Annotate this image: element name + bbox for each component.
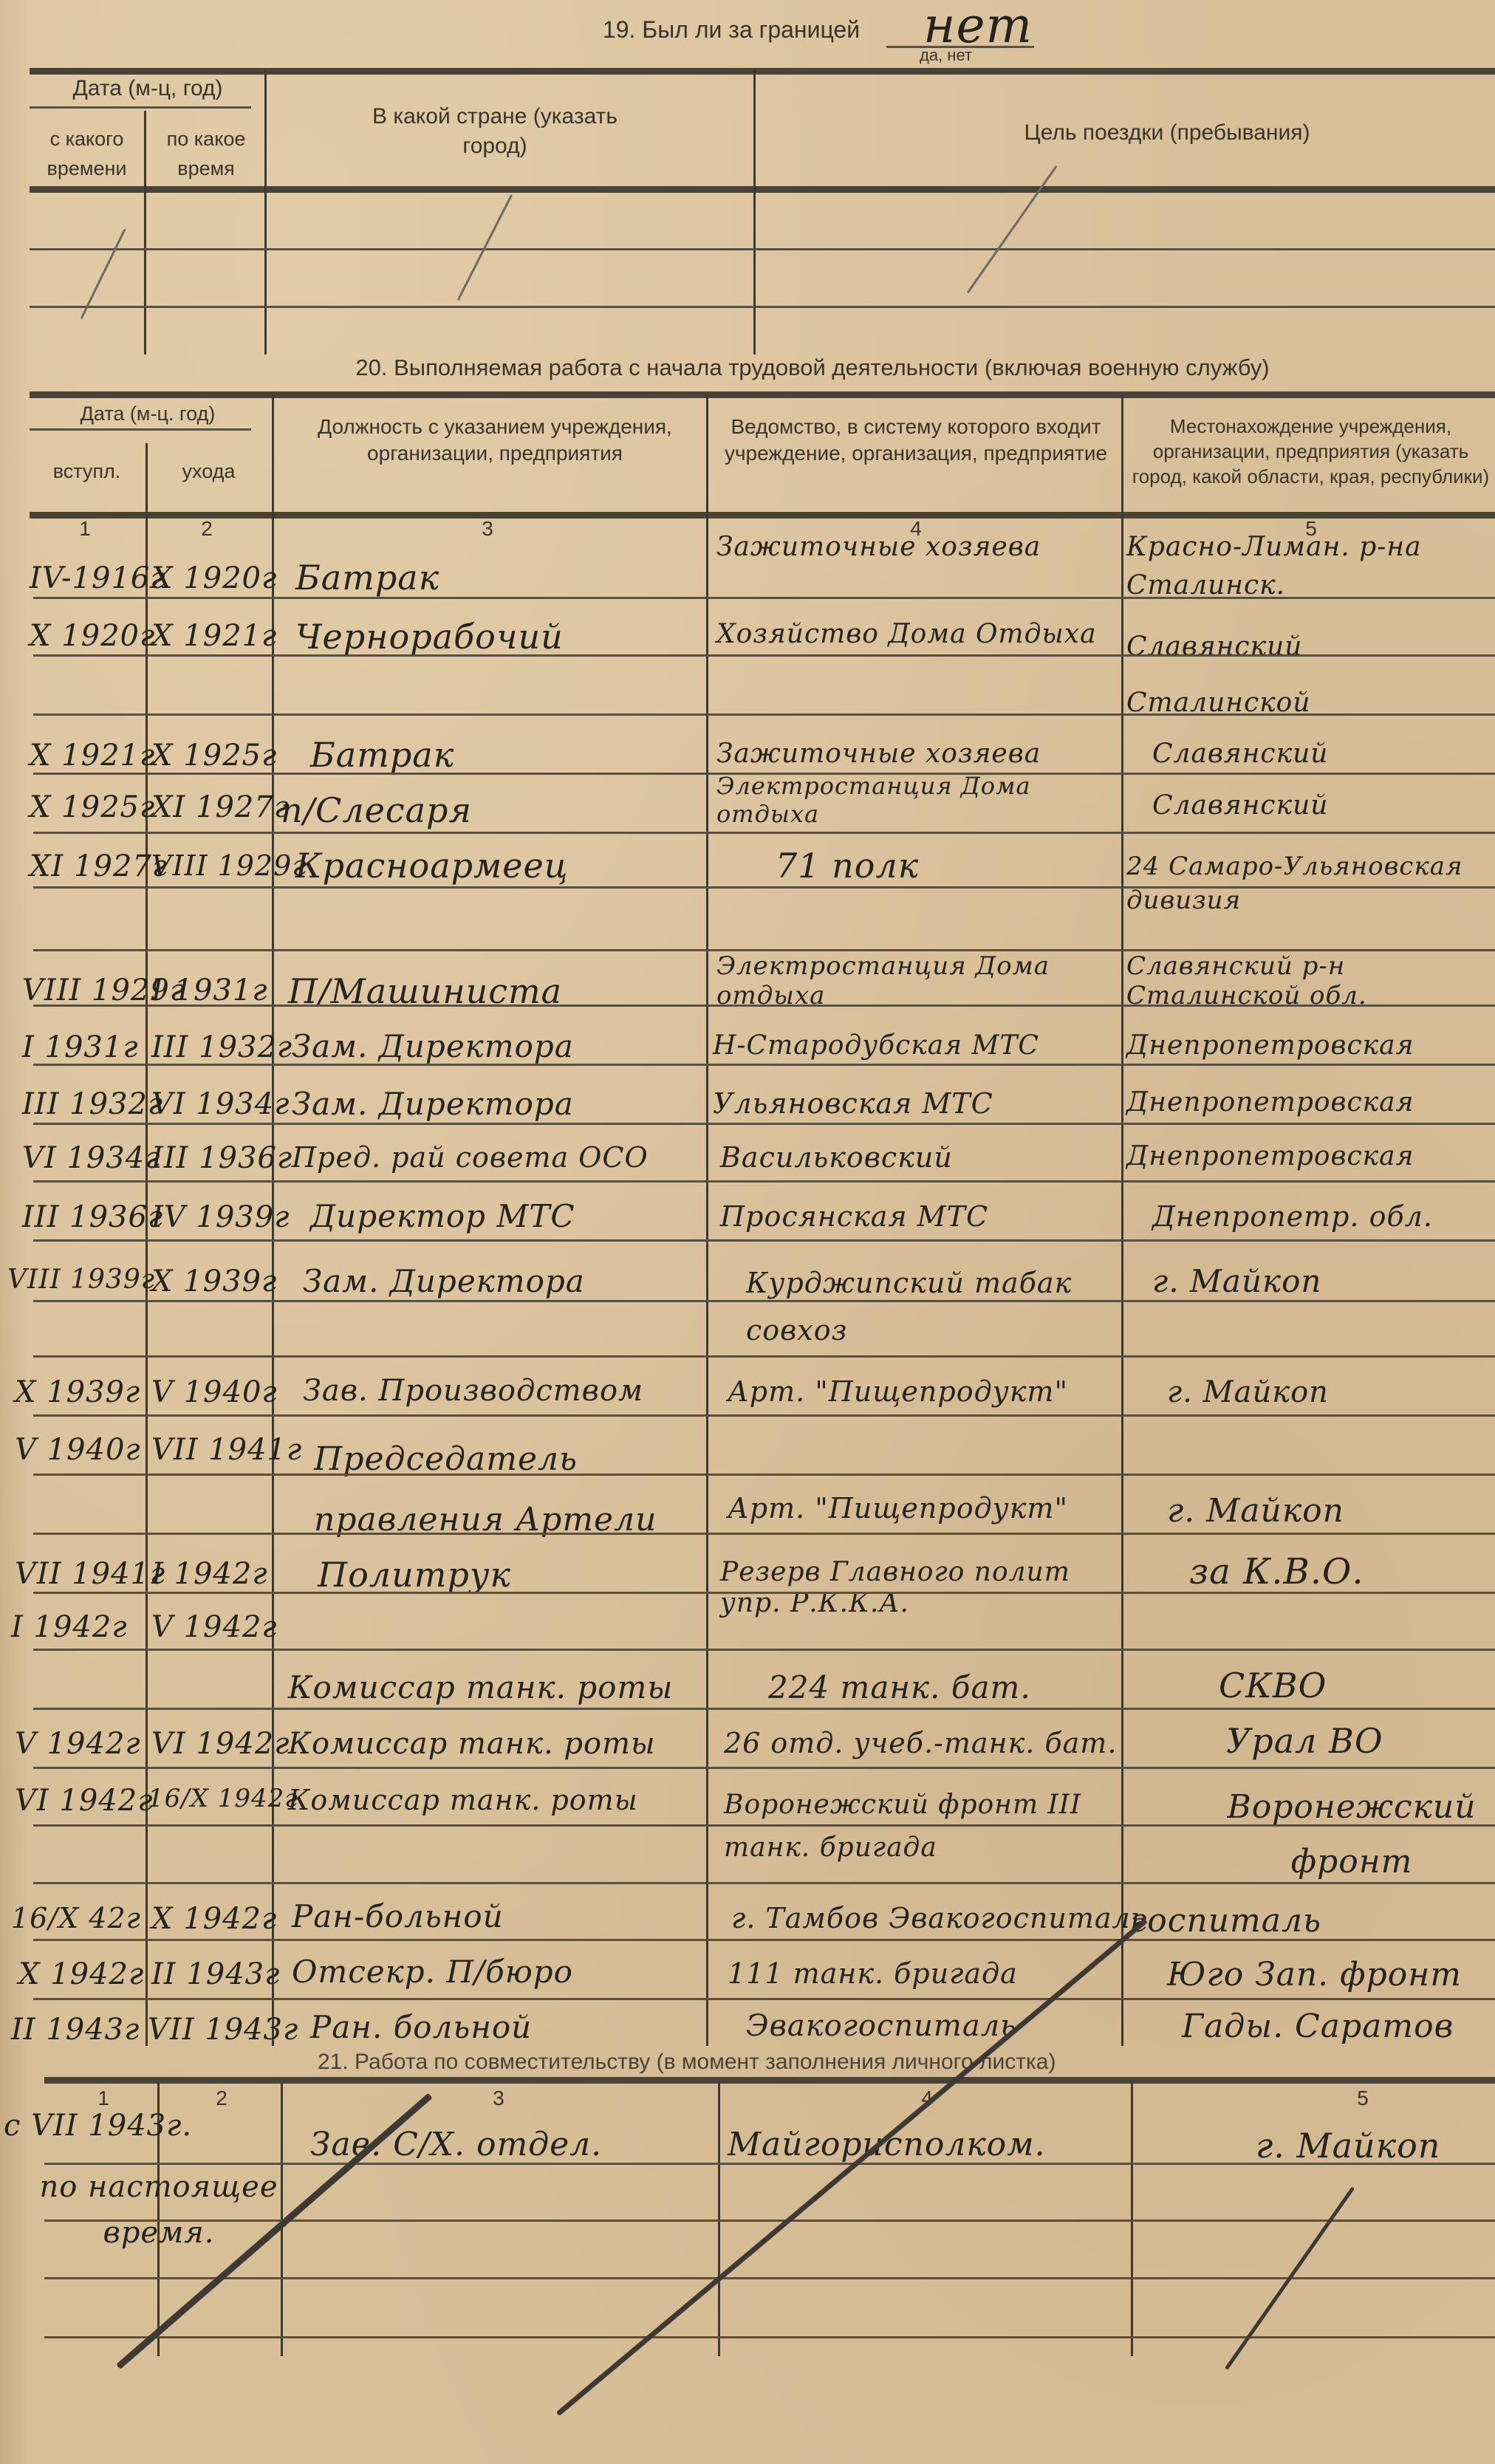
table19-divider	[264, 70, 267, 355]
row-start-date: II 1943г	[11, 2013, 140, 2047]
row-start-date: 16/X 42г	[11, 1902, 141, 1934]
section-19-label: 19. Был ли за границей	[603, 16, 860, 43]
row-department: 224 танк. бат.	[768, 1669, 1031, 1705]
row-position: п/Слесаря	[281, 790, 472, 830]
row-position: Зам. Директора	[292, 1028, 574, 1064]
t19-date-header: Дата (м-ц, год)	[30, 74, 266, 103]
table19-divider	[144, 111, 146, 355]
row-department: г. Тамбов Эвакогоспиталь	[731, 1902, 1146, 1934]
row-start-date: V 1942г	[15, 1727, 141, 1761]
table21-top-rule	[44, 2077, 1495, 2084]
row-start-date: X 1925г	[30, 790, 155, 824]
row-end-date: IV 1939г	[151, 1200, 290, 1234]
t20-location-header: Местонахождение учреждения, организации,…	[1126, 414, 1495, 502]
row-start-date: VIII 1939г	[7, 1264, 155, 1295]
row-location: Красно-Лиман. р-на Сталинск.	[1126, 528, 1495, 605]
row-location: г. Майкоп	[1167, 1492, 1344, 1530]
t21-location: г. Майкоп	[1256, 2126, 1440, 2166]
t20-department-header: Ведомство, в систему которого входит учр…	[713, 414, 1119, 467]
row-end-date: III 1932г	[151, 1030, 292, 1064]
row-department: Зажиточные хозяева	[716, 528, 1115, 567]
row-position: Комиссар танк. роты	[288, 1669, 674, 1705]
section-21-title: 21. Работа по совместительству (в момент…	[318, 2050, 1352, 2075]
row-position: Батрак	[310, 735, 454, 775]
row-position: Ран-больной	[292, 1898, 504, 1934]
row-position: Комиссар танк. роты	[288, 1727, 656, 1761]
row-start-date: X 1939г	[15, 1375, 140, 1409]
row-end-date: X 1939г	[151, 1264, 277, 1298]
t21-start-date: с VII 1943г.	[4, 2109, 192, 2143]
row-end-date: III 1936г	[151, 1141, 292, 1175]
row-position: Зам. Директора	[303, 1263, 585, 1299]
strike-out-mark	[556, 1918, 1148, 2416]
row-position: Политрук	[318, 1555, 511, 1595]
row-location: Урал ВО	[1226, 1721, 1383, 1761]
row-position: Ран. больной	[310, 2009, 532, 2045]
t20-end-header: ухода	[148, 456, 270, 486]
row-end-date: VIII 1929г	[151, 849, 307, 882]
row-department: Просянская МТС	[720, 1200, 988, 1233]
row-location: Днепропетр. обл.	[1152, 1200, 1433, 1233]
row-location: Гады. Саратов	[1182, 2008, 1454, 2045]
row-end-date: X 1942г	[151, 1902, 277, 1936]
row-end-date: II 1943г	[151, 1957, 280, 1991]
column-number: 1	[92, 2087, 114, 2110]
row-department: 26 отд. учеб.-танк. бат.	[724, 1727, 1117, 1759]
row-position: Зам. Директора	[292, 1086, 574, 1122]
row-position: Чернорабочий	[295, 617, 564, 657]
column-number: 3	[476, 517, 499, 541]
row-department: 111 танк. бригада	[728, 1957, 1018, 1990]
t20-date-header: Дата (м-ц. год)	[30, 399, 266, 428]
column-number: 1	[74, 517, 96, 541]
row-end-date: X 1921г	[151, 619, 277, 653]
row-department: Арт. "Пищепродукт"	[728, 1492, 1068, 1524]
row-location: г. Майкоп	[1167, 1375, 1329, 1409]
row-position: Красноармеец	[295, 846, 569, 886]
row-position: Пред. рай совета ОСО	[292, 1141, 649, 1174]
row-position: Зав. Производством	[303, 1374, 643, 1408]
t19-country-header: В какой стране (указать город)	[362, 102, 628, 161]
row-position: Комиссар танк. роты	[288, 1784, 638, 1816]
row-department: 71 полк	[776, 846, 919, 886]
row-department: Ульяновская МТС	[713, 1087, 993, 1120]
row-location: СКВО	[1219, 1666, 1327, 1705]
t21-department: Майгорисполком.	[728, 2126, 1046, 2163]
row-start-date: X 1920г	[30, 619, 155, 653]
row-position: Директор МТС	[310, 1198, 575, 1234]
row-end-date: VI 1934г	[151, 1087, 290, 1121]
row-location: Днепропетровская	[1126, 1141, 1414, 1171]
row-department: Н-Стародубская МТС	[713, 1030, 1039, 1061]
row-end-date: 16/X 1942г	[148, 1784, 298, 1813]
row-start-date: X 1942г	[18, 1957, 144, 1991]
column-number: 2	[196, 517, 218, 541]
row-location: Воронежский фронт	[1211, 1780, 1492, 1889]
row-start-date: X 1921г	[30, 739, 155, 773]
row-start-date: I 1942г	[11, 1610, 128, 1644]
row-end-date: VII 1943г	[148, 2013, 298, 2047]
row-start-date: VI 1934г	[22, 1141, 160, 1175]
row-end-date: X 1920г	[151, 561, 277, 595]
row-end-date: VI 1942г	[151, 1727, 290, 1761]
row-start-date: XI 1927г	[30, 849, 168, 883]
row-start-date: I 1931г	[22, 1030, 139, 1064]
row-end-date: I 1942г	[151, 1557, 268, 1591]
row-location: Славянский р-н Сталинской обл.	[1126, 951, 1495, 1010]
row-location: Славянский	[1152, 790, 1328, 821]
table20-date-rule	[30, 428, 251, 431]
row-start-date: VI 1942г	[15, 1784, 153, 1818]
row-end-date: X 1925г	[151, 739, 277, 773]
row-end-date: VII 1941г	[151, 1433, 302, 1467]
col-divider-3	[706, 395, 708, 2046]
table19-date-rule	[30, 106, 251, 109]
row-department: Воронежский фронт III танк. бригада	[724, 1784, 1123, 1869]
t19-to-header: по какое время	[148, 124, 264, 183]
row-location: 24 Самаро-Ульяновская дивизия	[1126, 849, 1495, 917]
row-department: Зажиточные хозяева	[716, 739, 1041, 769]
row-location: госпиталь	[1130, 1902, 1321, 1940]
table19-header-rule	[30, 186, 1495, 193]
row-position: Батрак	[295, 558, 439, 598]
t19-row-rule	[30, 248, 1495, 250]
abroad-hint: да, нет	[920, 46, 972, 65]
row-start-date: III 1936г	[22, 1200, 163, 1234]
t20-start-header: вступл.	[30, 456, 144, 486]
row-start-date: V 1940г	[15, 1433, 141, 1467]
row-department: Электростанция Дома отдыха	[716, 772, 1115, 828]
row-start-date: III 1932г	[22, 1087, 163, 1121]
row-end-date: XI 1927г	[151, 790, 290, 824]
t19-row-rule	[30, 306, 1495, 308]
row-department: Курджипский табак совхоз	[746, 1259, 1115, 1354]
row-location: г. Майкоп	[1152, 1263, 1321, 1299]
row-location: Днепропетровская	[1126, 1030, 1414, 1061]
row-department: Электростанция Дома отдыха	[716, 951, 1115, 1010]
strike-out-mark	[967, 165, 1058, 294]
row-end-date: V 1940г	[151, 1375, 278, 1409]
column-number: 3	[487, 2087, 510, 2110]
row-department: Васильковский	[720, 1141, 953, 1174]
row-position: Отсекр. П/бюро	[292, 1954, 573, 1990]
row-location: Юго Зап. фронт	[1167, 1956, 1462, 1994]
row-department: Арт. "Пищепродукт"	[728, 1375, 1068, 1408]
row-end-date: V 1942г	[151, 1610, 278, 1644]
table20-header-rule	[30, 512, 1495, 519]
row-end-date: I 1931г	[151, 973, 268, 1007]
row-location: Славянский	[1152, 739, 1328, 769]
t19-purpose-header: Цель поездки (пребывания)	[960, 118, 1374, 148]
row-location: Днепропетровская	[1126, 1087, 1414, 1118]
row-start-date: IV-1916г	[30, 561, 166, 595]
table20-top-rule	[30, 391, 1495, 398]
row-location: за К.В.О.	[1189, 1551, 1364, 1592]
row-department: Эвакогоспиталь	[746, 2009, 1017, 2043]
section-20-title: 20. Выполняемая работа с начала трудовой…	[207, 355, 1418, 381]
row-department: Хозяйство Дома Отдыха	[716, 619, 1097, 649]
row-start-date: VII 1941г	[15, 1557, 165, 1591]
row-department: Резерв Главного полит упр. Р.К.К.А.	[720, 1557, 1119, 1619]
t20-position-header: Должность с указанием учреждения, органи…	[310, 414, 680, 467]
column-number: 5	[1352, 2087, 1374, 2110]
column-number: 2	[211, 2087, 233, 2110]
section-19-title: 19. Был ли за границей	[561, 16, 901, 44]
t21-end-date: по настоящее время.	[37, 2164, 281, 2256]
t19-from-header: с какого времени	[30, 124, 144, 183]
table19-divider	[753, 70, 756, 355]
